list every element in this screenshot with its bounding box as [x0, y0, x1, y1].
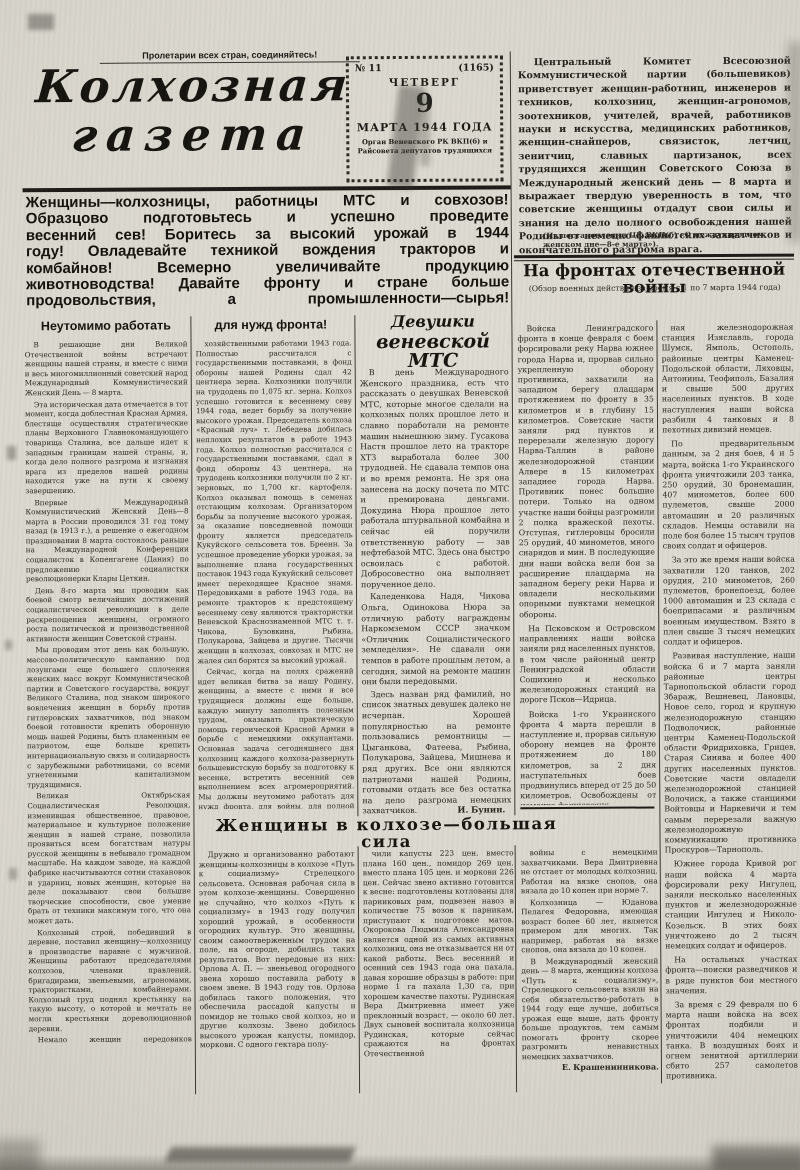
front-article-column-right: ная железнодорожная станция Изяславль, г… [661, 323, 798, 1086]
women-article-column-1: Дружно и организованно работают женщины-… [199, 849, 356, 1094]
paragraph: В день Международного Женского праздника… [360, 367, 510, 590]
paragraph: чили капусты 223 цен. вместо плана 160 ц… [363, 848, 515, 1058]
paragraph: Колхозница — Юданова Пелагея Федоровна, … [521, 897, 658, 955]
girls-article-headline: Девушки веневской МТС [356, 313, 509, 371]
column-divider-2-lower [358, 846, 361, 1093]
paragraph: За время с 29 февраля по 6 марта наши во… [666, 1000, 798, 1082]
paragraph: В Международный женский день — 8 марта, … [521, 956, 659, 1061]
headline-part-1: Неутомимо работать [23, 318, 188, 333]
girls-headline-line-2: веневской МТС [356, 332, 509, 371]
issue-day: 9 [355, 90, 494, 117]
issue-edition: (1165) [458, 62, 494, 73]
women-article-signature: Е. Крашенинникова. [522, 1062, 659, 1072]
front-article-subtitle: (Обзор военных действий за время с 1 по … [519, 283, 790, 294]
slogan-line: продовольствия, а промышленности—сырья! [26, 291, 509, 310]
tireless-article-headline: Неутомимо работать для нужд фронта! [23, 317, 353, 333]
main-divider-lower [515, 845, 518, 1092]
paragraph: Впервые Международный Коммунистический Ж… [25, 497, 189, 584]
tireless-article-column-2: хозяйственными работами 1943 года. Полно… [195, 338, 354, 809]
page-content: Пролетарии всех стран, соединяйтесь! Кол… [0, 0, 800, 1170]
title-line-1: Колхозная [25, 62, 361, 109]
ck-statement-text: Центральный Комитет Всесоюзной Коммунист… [518, 55, 792, 258]
issue-info-box: № 11 (1165) ЧЕТВЕРГ 9 МАРТА 1944 ГОДА Ор… [346, 55, 504, 182]
title-line-2: газета [25, 111, 361, 158]
paragraph: Южнее города Кривой рог наши войска 4 ма… [665, 859, 798, 952]
women-article-column-2: чили капусты 223 цен. вместо плана 160 ц… [363, 848, 515, 1093]
paragraph: На Псковском и Островском направлениях н… [519, 623, 655, 705]
paragraph: Каледенкова Надя, Чикова Ольга, Одиноков… [361, 592, 511, 688]
paragraph: На остальных участках фронта—поиски разв… [665, 955, 797, 997]
paragraph: Эта историческая дата отмечается в тот м… [25, 399, 189, 496]
newspaper-title: Колхозная газета [27, 62, 360, 158]
paragraph: День 8-го марта мы проводим как боевой с… [26, 585, 189, 644]
issue-weekday: ЧЕТВЕРГ [355, 76, 494, 89]
girls-article-column: В день Международного Женского праздника… [360, 367, 512, 818]
paragraph: хозяйственными работами 1943 года. Полно… [195, 338, 353, 665]
girls-headline-line-1: Девушки [356, 313, 509, 330]
paragraph: Развивая наступление, наши войска 6 и 7 … [663, 651, 796, 856]
women-article-headline: Женщины в колхозе—большая сила [206, 816, 566, 851]
paragraph: Сейчас, когда на полях сражений идет вел… [197, 666, 354, 809]
newspaper-page: Пролетарии всех стран, соединяйтесь! Кол… [0, 0, 800, 1170]
issue-date: МАРТА 1944 ГОДА [355, 120, 494, 134]
paragraph: Немало женщин передовиков социалистическ… [29, 1034, 192, 1048]
tireless-article-column-1: В решающие дни Великой Отечественной вой… [24, 339, 191, 1048]
slogan-block: Женщины—колхозницы, работницы МТС и совх… [26, 192, 510, 310]
front-article-column-left: Войска Ленинградского фронта в конце фев… [517, 323, 656, 805]
paragraph: В решающие дни Великой Отечественной вой… [24, 339, 187, 398]
ck-statement-source: (Из постановления ЦК ВКП(б) «О междунаро… [543, 230, 788, 250]
paragraph: За это же время наши войска захватили 12… [663, 555, 796, 648]
paragraph: ная железнодорожная станция Изяславль, г… [661, 323, 794, 436]
headline-part-2: для нужд фронта! [188, 317, 353, 332]
paragraph: Дружно и организованно работают женщины-… [199, 849, 356, 1049]
issue-organ: Орган Веневского РК ВКП(б) и Райсовета д… [355, 137, 494, 155]
paragraph: По предварительным данным, за 2 дня боев… [662, 439, 795, 552]
ck-statement: Центральный Комитет Всесоюзной Коммунист… [518, 55, 792, 258]
paragraph: Мы проводим этот день как большую, массо… [26, 645, 190, 790]
paragraph: Войска 1-го Украинского фронта 4 марта п… [520, 709, 657, 805]
front-left-end-rule [520, 806, 654, 809]
paragraph: войны с немецкими захватчиками. Вера Дми… [521, 847, 658, 895]
paragraph: Колхозный строй, победивший в деревне, п… [28, 927, 192, 1034]
column-divider-2-upper [354, 315, 358, 816]
women-article-column-3: войны с немецкими захватчиками. Вера Дми… [521, 847, 659, 1092]
issue-number-row: № 11 (1165) [355, 62, 494, 74]
paragraph: Великая Октябрьская Социалистическая Рев… [27, 791, 191, 926]
issue-number: № 11 [355, 63, 382, 74]
paragraph: Войска Ленинградского фронта в конце фев… [517, 323, 655, 620]
paragraph: Здесь назван ряд фамилий, но список знат… [362, 689, 512, 817]
